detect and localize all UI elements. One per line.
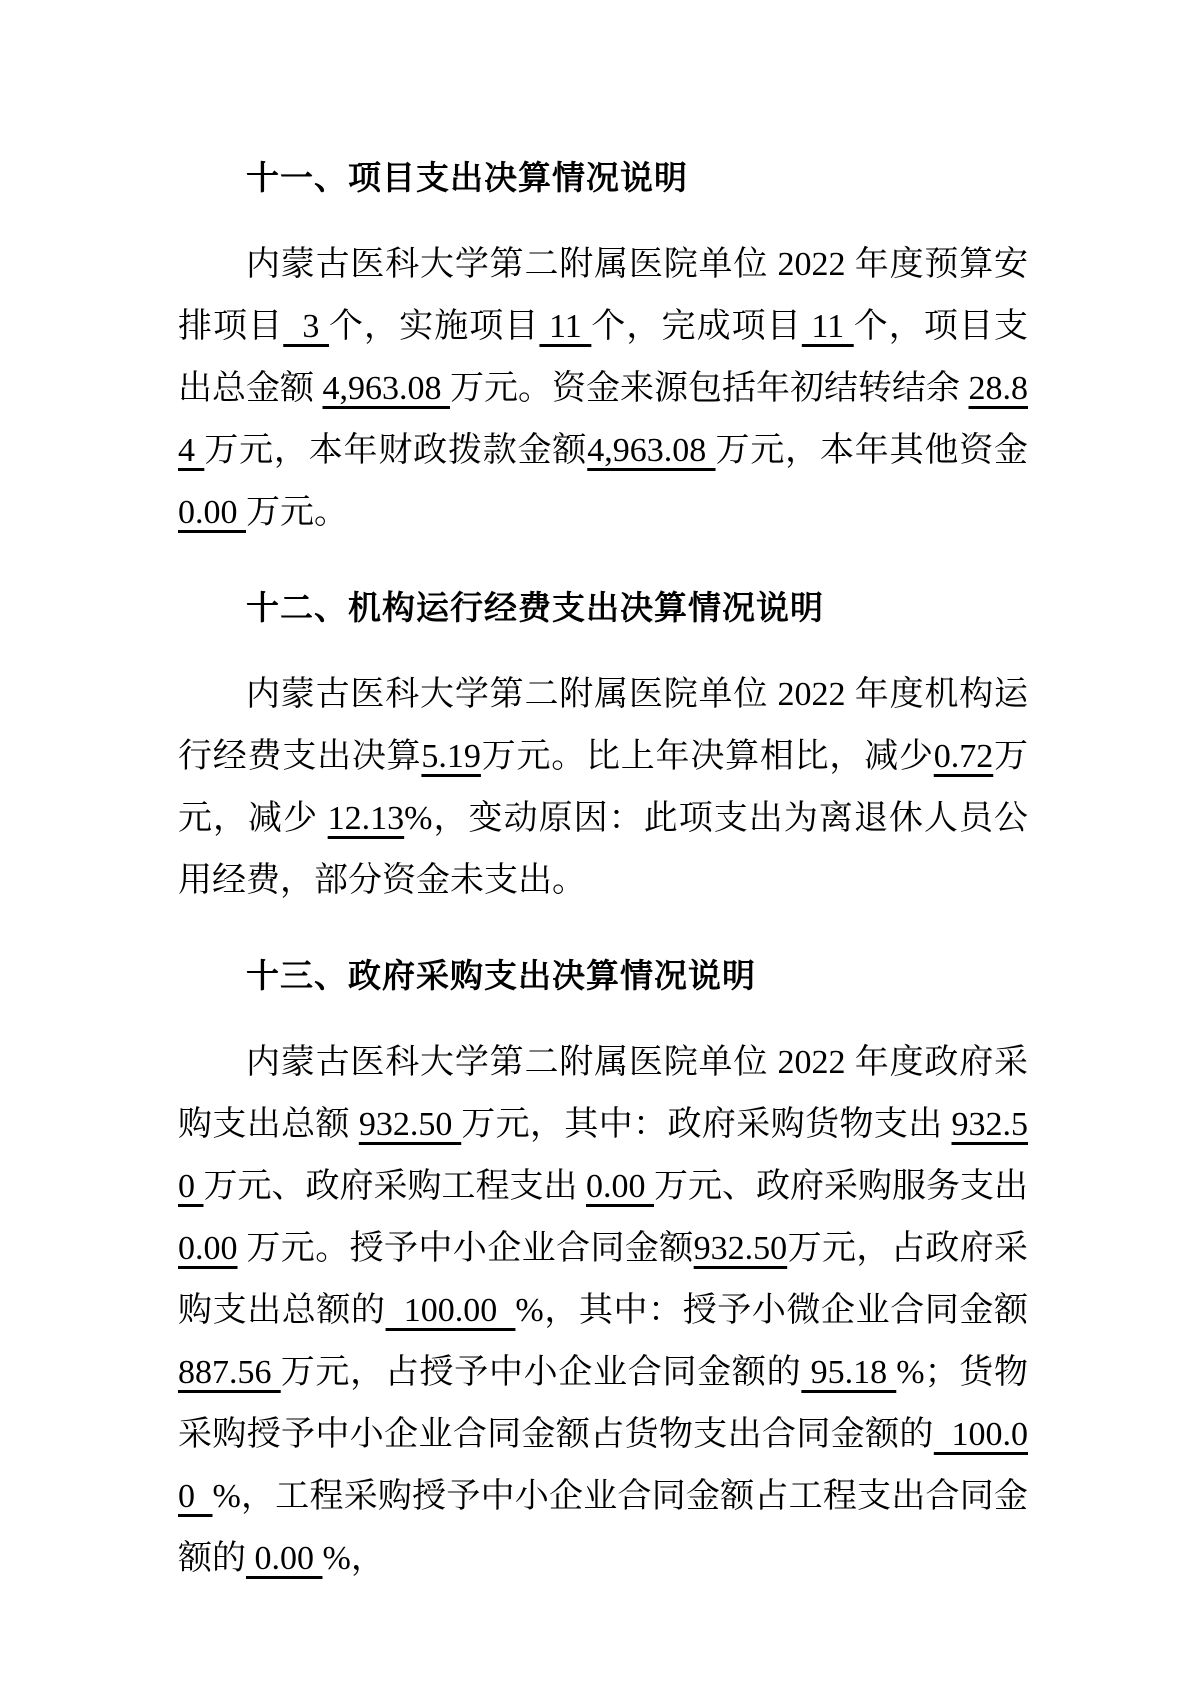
section-11: 十一、项目支出决算情况说明 内蒙古医科大学第二附属医院单位 2022 年度预算安… xyxy=(178,156,1028,544)
document-page: 十一、项目支出决算情况说明 内蒙古医科大学第二附属医院单位 2022 年度预算安… xyxy=(0,0,1200,1696)
underlined-value: 12.13 xyxy=(328,800,405,837)
underlined-value: 932.50 xyxy=(694,1230,788,1267)
underlined-value: 3 xyxy=(283,308,329,345)
underlined-value: 0.00 xyxy=(178,494,246,531)
underlined-value: 4,963.08 xyxy=(587,432,715,469)
section-12-paragraph: 内蒙古医科大学第二附属医院单位 2022 年度机构运行经费支出决算5.19万元。… xyxy=(178,664,1028,912)
underlined-value: 11 xyxy=(539,308,591,345)
underlined-value: 4,963.08 xyxy=(323,370,451,407)
text-run: 万元、政府采购服务支出 xyxy=(654,1168,1028,1205)
text-run: 万元。 xyxy=(246,494,348,531)
underlined-value: 0.00 xyxy=(586,1168,654,1205)
section-11-paragraph: 内蒙古医科大学第二附属医院单位 2022 年度预算安排项目 3 个，实施项目 1… xyxy=(178,234,1028,544)
underlined-value: 11 xyxy=(802,308,854,345)
section-12: 十二、机构运行经费支出决算情况说明 内蒙古医科大学第二附属医院单位 2022 年… xyxy=(178,586,1028,912)
underlined-value: 0.00 xyxy=(246,1540,323,1577)
text-run: 个，实施项目 xyxy=(329,308,539,345)
section-13-heading: 十三、政府采购支出决算情况说明 xyxy=(178,954,1028,998)
document-content: 十一、项目支出决算情况说明 内蒙古医科大学第二附属医院单位 2022 年度预算安… xyxy=(0,0,1200,1590)
text-run: 万元，本年其他资金 xyxy=(716,432,1028,469)
section-12-heading: 十二、机构运行经费支出决算情况说明 xyxy=(178,586,1028,630)
text-run: 万元，本年财政拨款金额 xyxy=(204,432,587,469)
text-run: 万元。比上年决算相比，减少 xyxy=(481,738,934,775)
underlined-value: 887.56 xyxy=(178,1354,281,1391)
underlined-value: 0.00 xyxy=(178,1230,238,1267)
underlined-value: 932.50 xyxy=(359,1106,461,1143)
underlined-value: 5.19 xyxy=(421,738,481,775)
section-13: 十三、政府采购支出决算情况说明 内蒙古医科大学第二附属医院单位 2022 年度政… xyxy=(178,954,1028,1590)
text-run: %，其中：授予小微企业合同金额 xyxy=(515,1292,1028,1329)
text-run: 万元，占授予中小企业合同金额的 xyxy=(281,1354,802,1391)
text-run: 个，完成项目 xyxy=(591,308,801,345)
section-11-heading: 十一、项目支出决算情况说明 xyxy=(178,156,1028,200)
underlined-value: 100.00 xyxy=(386,1292,516,1329)
text-run: 万元、政府采购工程支出 xyxy=(204,1168,587,1205)
text-run: 万元。资金来源包括年初结转结余 xyxy=(450,370,969,407)
text-run: 万元，其中：政府采购货物支出 xyxy=(461,1106,951,1143)
underlined-value: 95.18 xyxy=(801,1354,896,1391)
underlined-value: 0.72 xyxy=(934,738,994,775)
text-run: %， xyxy=(323,1540,385,1577)
text-run: 万元。授予中小企业合同金额 xyxy=(238,1230,694,1267)
section-13-paragraph: 内蒙古医科大学第二附属医院单位 2022 年度政府采购支出总额 932.50 万… xyxy=(178,1032,1028,1590)
